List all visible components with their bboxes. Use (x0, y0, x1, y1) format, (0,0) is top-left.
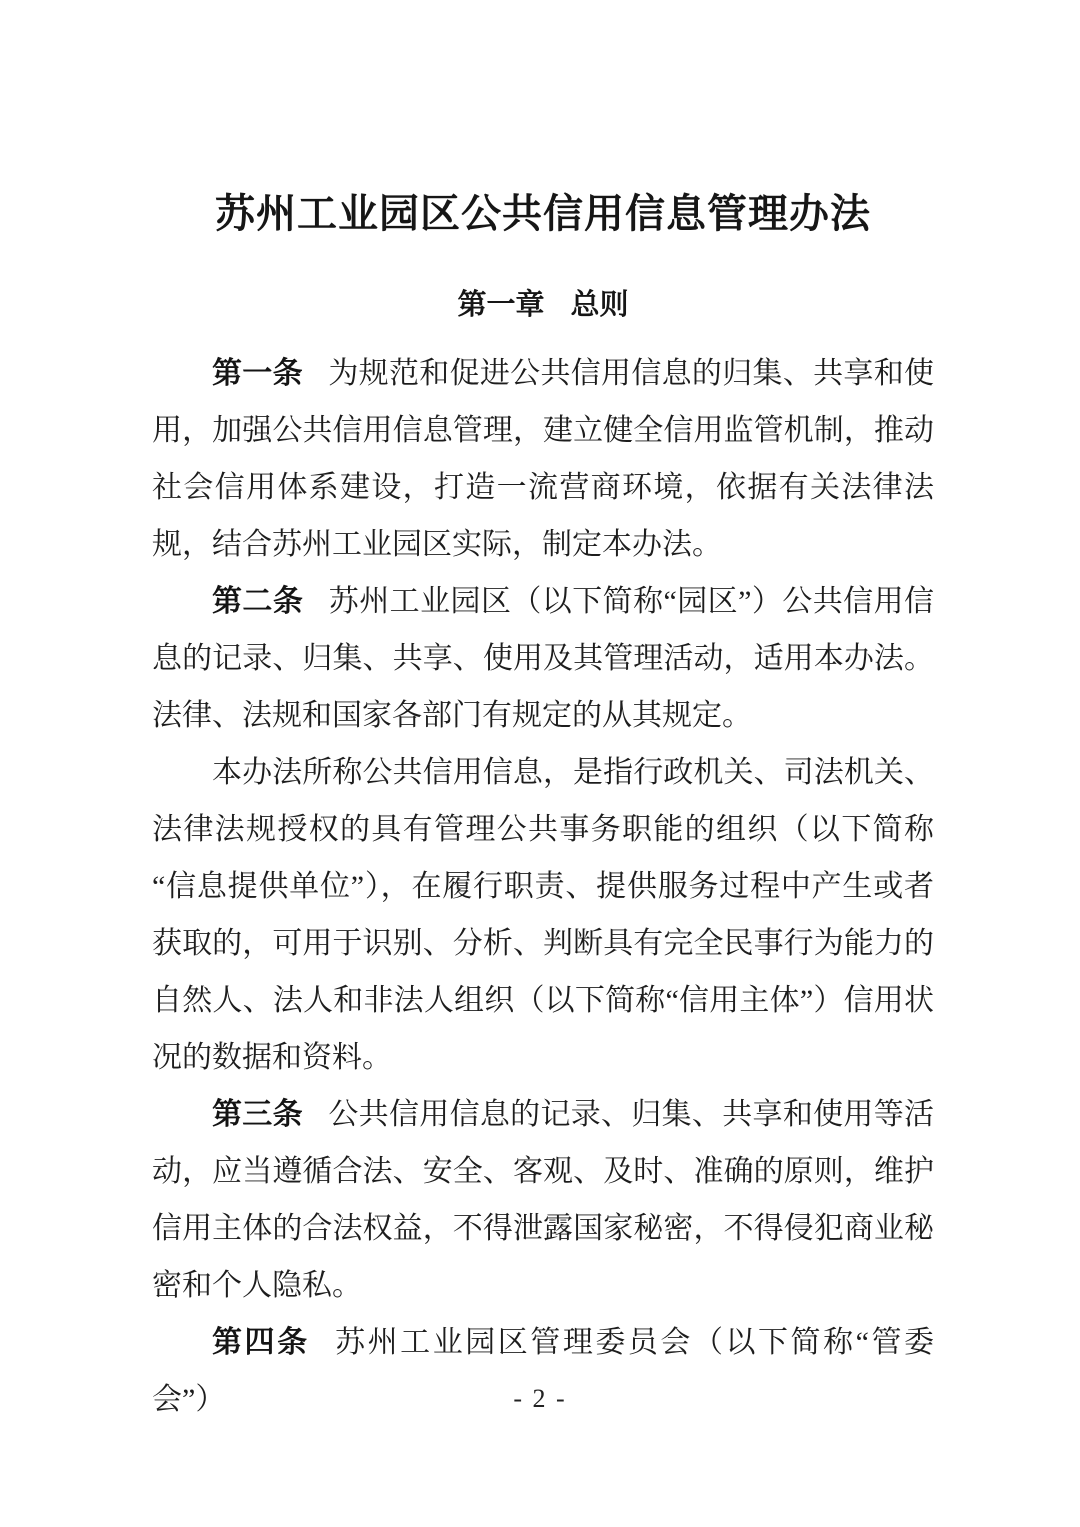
document-page: 苏州工业园区公共信用信息管理办法 第一章总则 第一条为规范和促进公共信用信息的归… (0, 0, 1080, 1527)
paragraph-article-2-continuation: 本办法所称公共信用信息，是指行政机关、司法机关、法律法规授权的具有管理公共事务职… (152, 744, 934, 1086)
paragraph-text: 本办法所称公共信用信息，是指行政机关、司法机关、法律法规授权的具有管理公共事务职… (152, 756, 934, 1074)
paragraph-article-1: 第一条为规范和促进公共信用信息的归集、共享和使用，加强公共信用信息管理，建立健全… (152, 345, 934, 573)
article-number-label: 第二条 (212, 585, 303, 618)
chapter-heading: 第一章总则 (152, 288, 934, 322)
chapter-number: 第一章 (457, 289, 544, 321)
paragraph-article-3: 第三条公共信用信息的记录、归集、共享和使用等活动，应当遵循合法、安全、客观、及时… (152, 1086, 934, 1314)
page-number: - 2 - (0, 1384, 1080, 1414)
document-body: 第一条为规范和促进公共信用信息的归集、共享和使用，加强公共信用信息管理，建立健全… (152, 345, 934, 1428)
chapter-name: 总则 (571, 289, 629, 321)
paragraph-article-2: 第二条苏州工业园区（以下简称“园区”）公共信用信息的记录、归集、共享、使用及其管… (152, 573, 934, 744)
page-content: 苏州工业园区公共信用信息管理办法 第一章总则 第一条为规范和促进公共信用信息的归… (152, 0, 934, 1428)
document-title: 苏州工业园区公共信用信息管理办法 (152, 190, 934, 238)
article-number-label: 第四条 (212, 1326, 310, 1359)
article-number-label: 第三条 (212, 1098, 303, 1131)
article-number-label: 第一条 (212, 357, 303, 390)
